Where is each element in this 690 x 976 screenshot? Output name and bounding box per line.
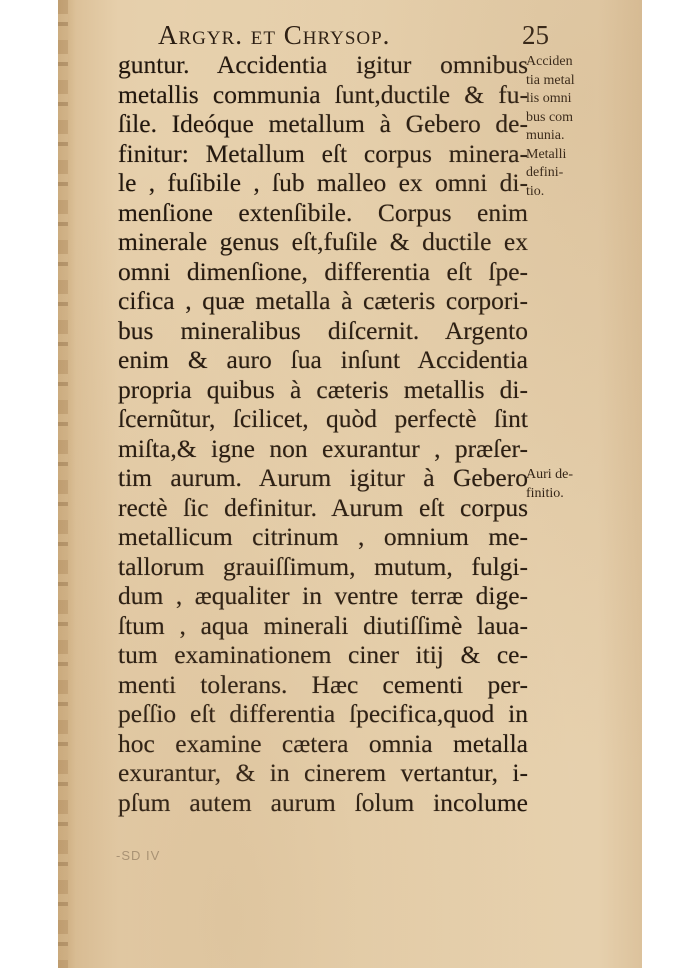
margin-note-line: munia.	[526, 127, 575, 146]
text-line: tim aurum. Aurum igitur à Gebero	[118, 463, 528, 493]
text-line: menti tolerans. Hæc cementi per-	[118, 670, 528, 700]
book-page: Argyr. et Chrysop. 25 guntur. Accidentia…	[58, 0, 642, 968]
text-line: peſſio eſt differentia ſpecifica,quod in	[118, 699, 528, 729]
text-line: ſtum , aqua minerali diutiſſimè laua-	[118, 611, 528, 641]
page-number: 25	[522, 20, 549, 51]
margin-note-accidentia: Acciden tia metal lis omni bus com munia…	[526, 53, 575, 201]
text-line: hoc examine cætera omnia metalla	[118, 729, 528, 759]
text-line: rectè ſic definitur. Aurum eſt corpus	[118, 493, 528, 523]
text-line: ſile. Ideóque metallum à Gebero de-	[118, 109, 528, 139]
margin-note-line: tio.	[526, 183, 575, 202]
faded-stamp: -SD IV	[116, 848, 160, 863]
margin-note-line: Metalli	[526, 146, 575, 165]
text-line: metallis communia ſunt,ductile & fu-	[118, 80, 528, 110]
margin-note-line: bus com	[526, 109, 575, 128]
text-line: tum examinationem ciner itij & ce-	[118, 640, 528, 670]
margin-note-line: lis omni	[526, 90, 575, 109]
text-line: tallorum grauiſſimum, mutum, fulgi-	[118, 552, 528, 582]
text-line: guntur. Accidentia igitur omnibus	[118, 50, 528, 80]
text-line: ſcernũtur, ſcilicet, quòd perfectè ſint	[118, 404, 528, 434]
text-line: enim & auro ſua inſunt Accidentia	[118, 345, 528, 375]
text-line: omni dimenſione, differentia eſt ſpe-	[118, 257, 528, 287]
text-line: menſione extenſibile. Corpus enim	[118, 198, 528, 228]
text-line: pſum autem aurum ſolum incolume	[118, 788, 528, 818]
running-title: Argyr. et Chrysop.	[158, 20, 390, 51]
margin-note-line: finitio.	[526, 485, 573, 504]
text-line: propria quibus à cæteris metallis di-	[118, 375, 528, 405]
text-line: miſta,& igne non exurantur , præſer-	[118, 434, 528, 464]
text-line: bus mineralibus diſcernit. Argento	[118, 316, 528, 346]
margin-note-auri: Auri de- finitio.	[526, 466, 573, 503]
margin-note-line: Acciden	[526, 53, 575, 72]
text-line: dum , æqualiter in ventre terræ dige-	[118, 581, 528, 611]
text-line: finitur: Metallum eſt corpus minera-	[118, 139, 528, 169]
text-line: minerale genus eſt,fuſile & ductile ex	[118, 227, 528, 257]
text-line: metallicum citrinum , omnium me-	[118, 522, 528, 552]
text-line: le , fuſibile , ſub malleo ex omni di-	[118, 168, 528, 198]
margin-note-line: defini-	[526, 164, 575, 183]
margin-note-line: tia metal	[526, 72, 575, 91]
page-header: Argyr. et Chrysop. 25	[158, 20, 578, 52]
margin-note-line: Auri de-	[526, 466, 573, 485]
text-line: exurantur, & in cinerem vertantur, i-	[118, 758, 528, 788]
text-line: cifica , quæ metalla à cæteris corpori-	[118, 286, 528, 316]
body-text: guntur. Accidentia igitur omnibus metall…	[118, 50, 528, 817]
